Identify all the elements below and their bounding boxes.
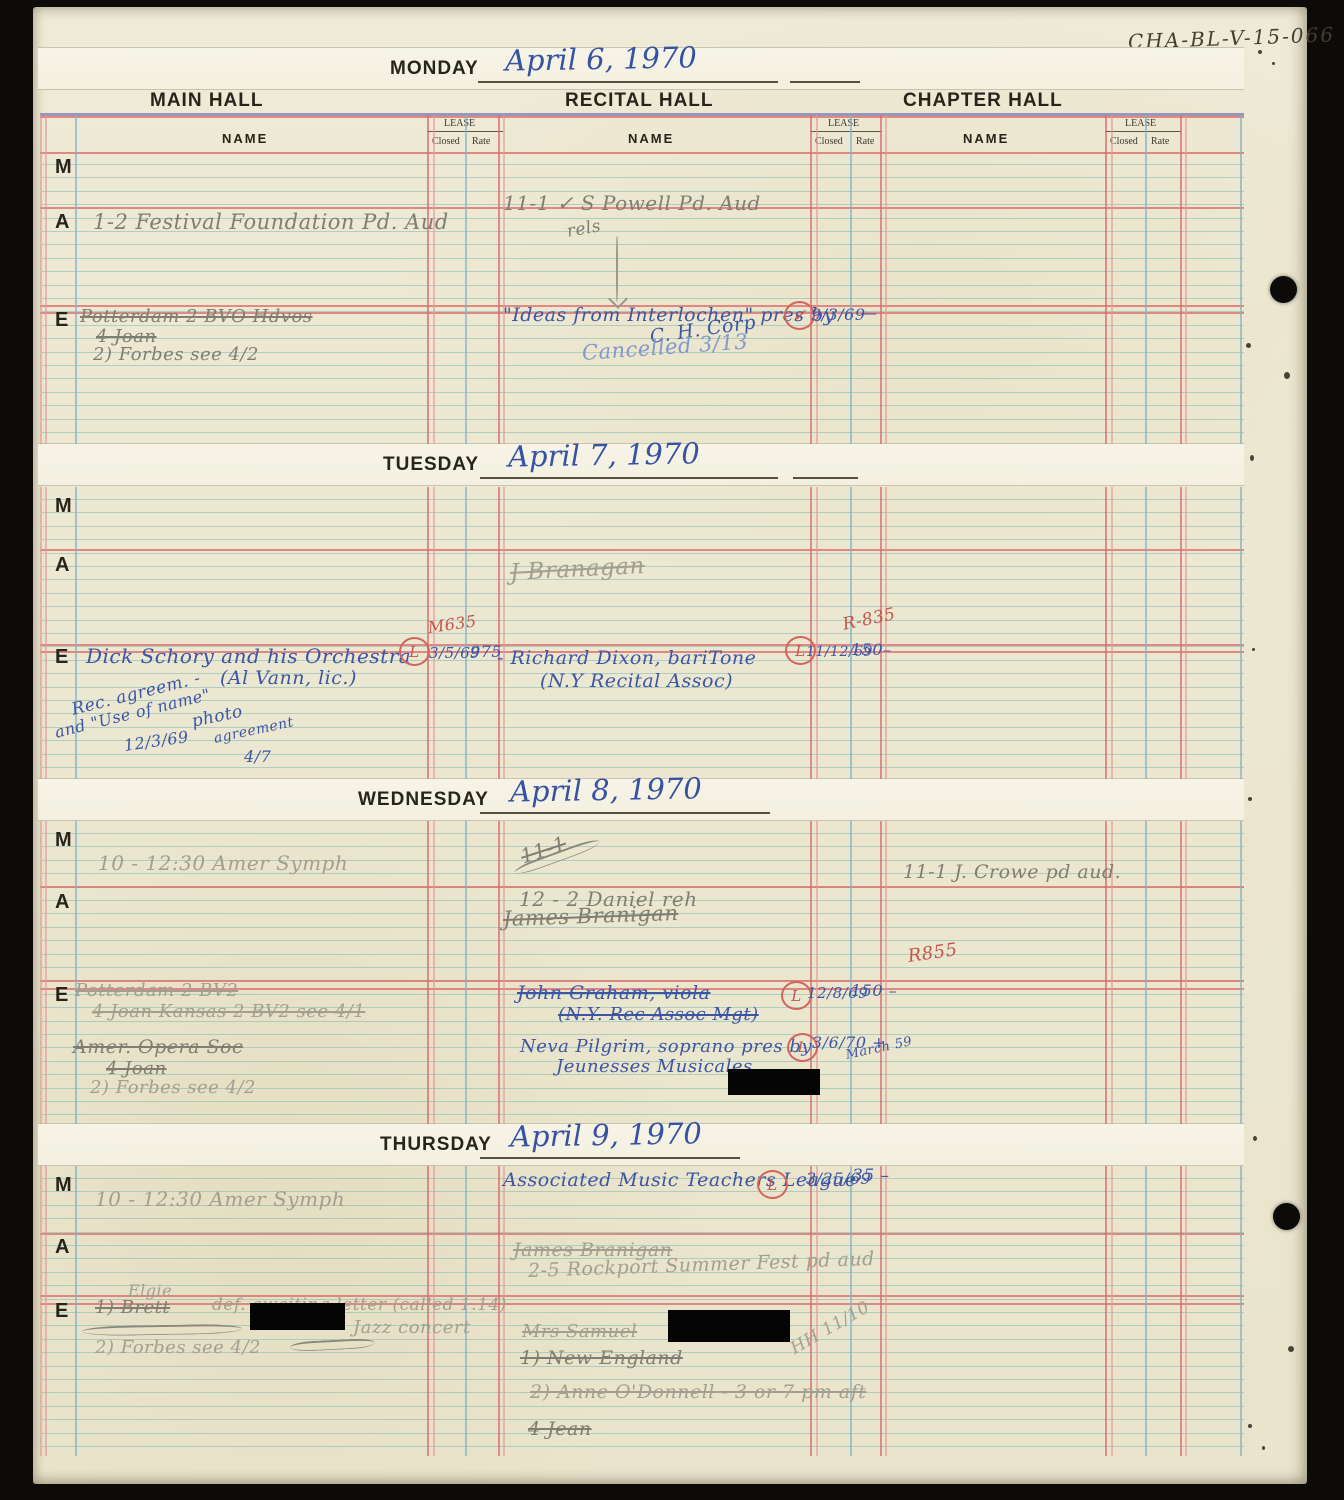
column-line [810, 1166, 812, 1456]
column-line [45, 115, 47, 444]
column-line [850, 821, 852, 1124]
column-line [1180, 487, 1182, 779]
handwritten-entry: 150– [851, 640, 892, 659]
column-line [503, 487, 505, 779]
rule-line [42, 512, 1244, 513]
punch-hole [1270, 276, 1297, 303]
handwritten-entry: 2) Forbes see 4/2 [90, 1077, 256, 1098]
speck [1262, 1446, 1265, 1450]
rule-line [42, 164, 1244, 165]
column-line [427, 115, 429, 444]
column-line [885, 115, 887, 444]
column-line [45, 487, 47, 779]
handwritten-entry: 11-1 J. Crowe pd aud. [903, 861, 1121, 883]
handwritten-entry: L [757, 1170, 788, 1199]
lease-underline [810, 131, 882, 132]
column-line [503, 115, 505, 444]
handwritten-entry: (N.Y Recital Assoc) [540, 670, 733, 692]
row-label-m: M [55, 495, 72, 518]
day-label: WEDNESDAY [358, 789, 489, 811]
column-line [465, 821, 467, 1124]
rate-label: Rate [856, 136, 874, 147]
rule-line [42, 1034, 1244, 1035]
column-line [1111, 115, 1113, 444]
column-line [465, 115, 467, 444]
rule-line [42, 833, 1244, 834]
column-line [1145, 821, 1147, 1124]
column-line [433, 821, 435, 1124]
rule-line [42, 392, 1244, 393]
rule-line [42, 499, 1244, 500]
rule-line [42, 1218, 1244, 1219]
rule-line [42, 620, 1244, 621]
column-line [427, 821, 429, 1124]
handwritten-entry: 4 Joan [106, 1058, 167, 1079]
rule-line [42, 378, 1244, 379]
column-line [880, 487, 882, 779]
column-line [850, 115, 852, 444]
handwritten-entry: 2) Forbes see 4/2 [93, 344, 259, 365]
rule-line [42, 1446, 1244, 1447]
header-top-line [40, 116, 1244, 118]
column-line [1111, 487, 1113, 779]
handwritten-entry: 11-1 ✓ S Powell Pd. Aud [503, 191, 761, 215]
rule-line [42, 954, 1244, 955]
column-line [75, 1166, 77, 1456]
handwritten-entry: 150 – [851, 981, 897, 1000]
main-hall-header: MAIN HALL [150, 90, 263, 112]
handwritten-entry: Neva Pilgrim, soprano pres by [520, 1036, 812, 1057]
column-line [810, 115, 812, 444]
rule-line [42, 285, 1244, 286]
day-date: April 8, 1970 [510, 771, 702, 808]
rule-line [42, 593, 1244, 594]
column-line [1180, 821, 1182, 1124]
handwritten-entry: Potterdam 2 BVO Hdvos [80, 306, 313, 327]
rule-line [42, 1101, 1244, 1102]
rule-line [42, 579, 1244, 580]
rate-label: Rate [472, 136, 490, 147]
date-underline [790, 81, 860, 83]
column-line [1105, 115, 1107, 444]
rule-line [42, 967, 1244, 968]
column-line [503, 821, 505, 1124]
lease-underline [1105, 131, 1181, 132]
recital-hall-header: RECITAL HALL [565, 90, 714, 112]
column-line [433, 115, 435, 444]
rule-line [42, 1433, 1244, 1434]
rule-line [42, 244, 1244, 245]
row-divider-line [40, 549, 1244, 551]
date-underline [480, 1157, 740, 1159]
date-underline [793, 477, 858, 479]
column-line [880, 821, 882, 1124]
speck [1288, 1346, 1294, 1352]
name-column-label: NAME [628, 131, 674, 146]
column-line [816, 1166, 818, 1456]
handwritten-entry: Associated Music Teachers League [503, 1169, 857, 1191]
header-bottom-line [40, 152, 1244, 154]
speck [1284, 372, 1290, 379]
column-line [1145, 487, 1147, 779]
column-line [885, 821, 887, 1124]
speck [1252, 648, 1255, 651]
column-line [1105, 487, 1107, 779]
column-line [1185, 487, 1187, 779]
handwritten-entry: 1-2 Festival Foundation Pd. Aud [93, 210, 449, 234]
column-line [40, 821, 42, 1124]
handwritten-entry: 1) New England [520, 1347, 683, 1369]
column-line [1185, 821, 1187, 1124]
handwritten-entry: Jazz concert [353, 1317, 471, 1338]
row-label-e: E [55, 1300, 68, 1323]
chapter-hall-header: CHAPTER HALL [903, 90, 1063, 112]
day-label: THURSDAY [380, 1134, 492, 1156]
row-label-m: M [55, 829, 72, 852]
row-label-a: A [55, 891, 69, 914]
lease-label: LEASE [828, 118, 859, 129]
row-label-e: E [55, 646, 68, 669]
handwritten-entry: 4/7 [244, 747, 271, 766]
scanned-ledger-photo: CHA-BL-V-15-066 MAIN HALL RECITAL HALL C… [0, 0, 1344, 1500]
column-line [45, 1166, 47, 1456]
column-line [810, 487, 812, 779]
rule-line [42, 767, 1244, 768]
closed-label: Closed [815, 136, 843, 147]
day-band-wednesday: WEDNESDAY April 8, 1970 [38, 779, 1244, 820]
column-line [885, 1166, 887, 1456]
row-label-m: M [55, 156, 72, 179]
column-line [498, 487, 500, 779]
rule-line [42, 1285, 1244, 1286]
column-line [816, 115, 818, 444]
speck [1250, 455, 1254, 461]
day-label: MONDAY [390, 58, 479, 80]
rule-line [42, 298, 1244, 299]
handwritten-entry: Dick Schory and his Orchestra [86, 644, 411, 668]
rule-line [42, 258, 1244, 259]
handwritten-entry: — [861, 303, 878, 322]
column-line [40, 115, 42, 444]
row-label-m: M [55, 1174, 72, 1197]
rule-line [42, 846, 1244, 847]
column-line [1180, 115, 1182, 444]
column-line [75, 115, 77, 444]
rule-line [42, 365, 1244, 366]
closed-label: Closed [1110, 136, 1138, 147]
name-column-label: NAME [222, 131, 268, 146]
redaction-box [728, 1069, 820, 1095]
rule-line [42, 432, 1244, 433]
day-date: April 7, 1970 [508, 436, 700, 473]
day-date: April 9, 1970 [510, 1116, 702, 1153]
handwritten-entry: 9/3/69 [811, 305, 866, 324]
date-underline [478, 81, 778, 83]
closed-label: Closed [432, 136, 460, 147]
rule-line [42, 927, 1244, 928]
column-line [1185, 1166, 1187, 1456]
column-line [885, 487, 887, 779]
column-line [1145, 1166, 1147, 1456]
column-line [40, 1166, 42, 1456]
lease-label: LEASE [1125, 118, 1156, 129]
row-label-e: E [55, 309, 68, 332]
rule-line [42, 727, 1244, 728]
handwritten-entry: 2) Forbes see 4/2 [95, 1337, 261, 1358]
column-line [1240, 487, 1242, 779]
handwritten-entry: 10 - 12:30 Amer Symph [98, 851, 348, 875]
speck [1246, 343, 1251, 348]
handwritten-entry: 1) Brett [95, 1297, 170, 1318]
column-line [880, 115, 882, 444]
column-line [1180, 1166, 1182, 1456]
column-line [40, 487, 42, 779]
handwritten-entry: 4 Joan Kansas 2 BV2 see 4/1 [92, 1001, 365, 1022]
row-label-a: A [55, 1236, 69, 1259]
speck [1253, 1136, 1257, 1141]
handwritten-entry: (Al Vann, lic.) [220, 667, 357, 689]
column-line [1185, 115, 1187, 444]
rule-line [42, 940, 1244, 941]
column-line [1240, 821, 1242, 1124]
lease-label: LEASE [444, 118, 475, 129]
rule-line [42, 1379, 1244, 1380]
speck [1248, 797, 1252, 801]
column-line [1105, 1166, 1107, 1456]
day-band-thursday: THURSDAY April 9, 1970 [38, 1124, 1244, 1165]
rule-line [42, 405, 1244, 406]
column-line [1145, 115, 1147, 444]
rule-line [42, 1419, 1244, 1420]
rule-line [42, 700, 1244, 701]
handwritten-entry: Amer. Opera Soc [73, 1036, 243, 1058]
handwritten-entry: 35 – [852, 1166, 890, 1186]
column-line [1111, 1166, 1113, 1456]
handwritten-entry: 2) Anne O'Donnell - 3 or 7 pm aft [530, 1381, 866, 1403]
punch-hole [1273, 1203, 1300, 1230]
rule-line [42, 1406, 1244, 1407]
arrow-down-mark [616, 236, 618, 302]
column-line [75, 821, 77, 1124]
column-line [498, 115, 500, 444]
date-underline [480, 812, 770, 814]
rule-line [42, 539, 1244, 540]
handwritten-entry: - Richard Dixon, bariTone [497, 647, 756, 669]
date-underline [480, 477, 778, 479]
column-line [880, 1166, 882, 1456]
handwritten-entry: Jeunesses Musicales [556, 1056, 753, 1077]
name-column-label: NAME [963, 131, 1009, 146]
row-label-a: A [55, 211, 69, 234]
redaction-box [250, 1303, 345, 1330]
column-line [1240, 1166, 1242, 1456]
handwritten-entry: John Graham, viola [517, 982, 710, 1004]
column-line [1240, 115, 1242, 444]
rule-line [42, 271, 1244, 272]
column-line [465, 487, 467, 779]
row-label-e: E [55, 984, 68, 1007]
column-line [816, 487, 818, 779]
rule-line [42, 177, 1244, 178]
rule-line [42, 419, 1244, 420]
column-line [498, 821, 500, 1124]
handwritten-entry: 10 - 12:30 Amer Symph [95, 1187, 345, 1211]
rule-line [42, 1114, 1244, 1115]
day-band-monday: MONDAY April 6, 1970 [38, 48, 1244, 89]
handwritten-entry: L [399, 637, 430, 666]
rule-line [42, 633, 1244, 634]
redaction-box [668, 1310, 790, 1342]
rate-label: Rate [1151, 136, 1169, 147]
handwritten-entry: Potterdam 2 BV2 [75, 980, 238, 1001]
rule-line [42, 606, 1244, 607]
row-label-a: A [55, 554, 69, 577]
day-label: TUESDAY [383, 454, 479, 476]
handwritten-entry: (N.Y. Rec Assoc Mgt) [558, 1004, 759, 1025]
rule-line [42, 754, 1244, 755]
speck [1272, 62, 1275, 65]
handwritten-entry: Mrs Samuel [522, 1321, 637, 1342]
day-band-tuesday: TUESDAY April 7, 1970 [38, 444, 1244, 485]
day-date: April 6, 1970 [505, 40, 697, 77]
handwritten-entry: 4 Jean [528, 1418, 592, 1440]
speck [1258, 50, 1262, 54]
row-divider-line [40, 1233, 1244, 1235]
column-line [45, 821, 47, 1124]
speck [1248, 1424, 1252, 1428]
rule-line [42, 526, 1244, 527]
